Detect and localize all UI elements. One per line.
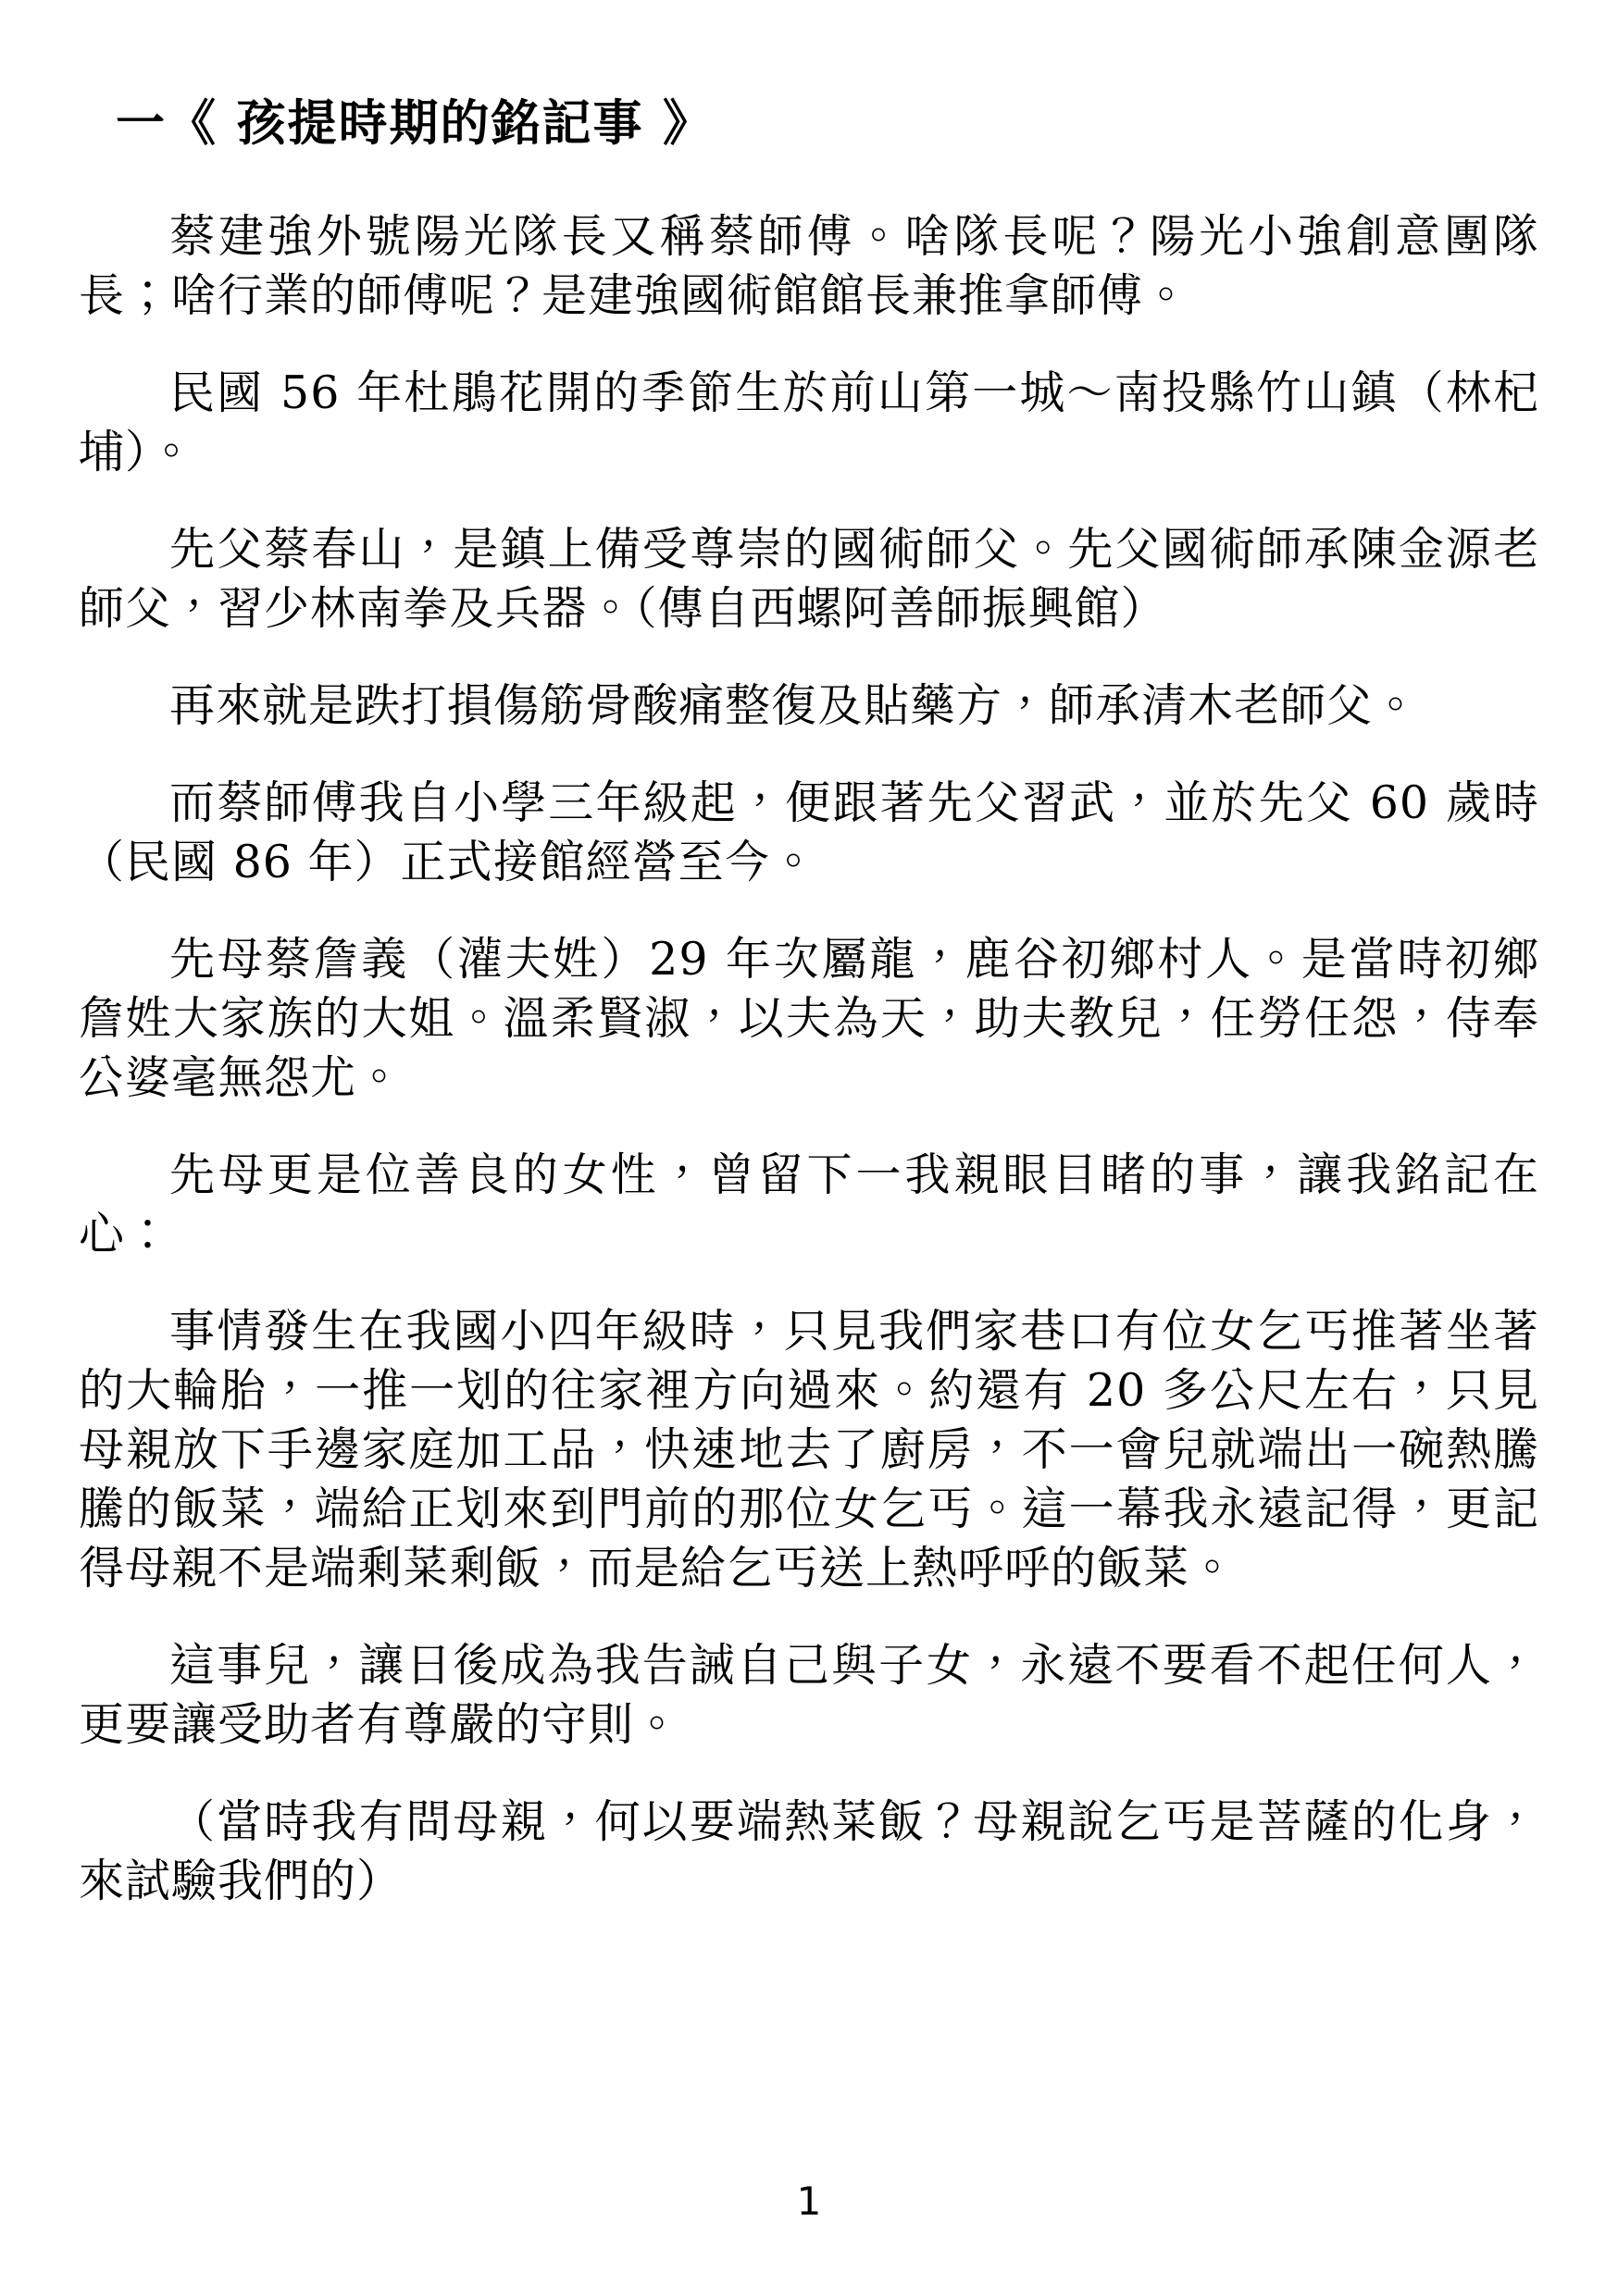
paragraph-father-martial-arts: 先父蔡春山，是鎮上備受尊崇的國術師父。先父國術師承陳金源老師父，習少林南拳及兵器… <box>79 520 1539 639</box>
paragraph-beggar-story: 事情發生在我國小四年級時，只見我們家巷口有位女乞丐推著坐著的大輪胎，一推一划的往… <box>79 1302 1539 1598</box>
paragraph-training-succession: 而蔡師傅我自小學三年級起，便跟著先父習武，並於先父 60 歲時（民國 86 年）… <box>79 774 1539 892</box>
document-page: 一《 孩提時期的銘記事 》 蔡建強外號陽光隊長又稱蔡師傅。啥隊長呢？陽光小強創意… <box>0 0 1618 2296</box>
paragraph-mother-background: 先母蔡詹義（灌夫姓）29 年次屬龍，鹿谷初鄉村人。是當時初鄉詹姓大家族的大姐。溫… <box>79 930 1539 1108</box>
document-title: 一《 孩提時期的銘記事 》 <box>116 93 1539 154</box>
paragraph-life-lesson: 這事兒，讓日後成為我告誡自己與子女，永遠不要看不起任何人，更要讓受助者有尊嚴的守… <box>79 1636 1539 1755</box>
paragraph-birth: 民國 56 年杜鵑花開的季節生於前山第一城～南投縣竹山鎮（林杞埔）。 <box>79 364 1539 482</box>
paragraph-intro-nickname: 蔡建強外號陽光隊長又稱蔡師傅。啥隊長呢？陽光小強創意團隊長；啥行業的師傅呢？是建… <box>79 207 1539 326</box>
paragraph-mother-kindness-intro: 先母更是位善良的女性，曾留下一我親眼目睹的事，讓我銘記在心： <box>79 1146 1539 1264</box>
paragraph-mother-quote: （當時我有問母親，何以要端熱菜飯？母親說乞丐是菩薩的化身，來試驗我們的） <box>79 1793 1539 1911</box>
paragraph-father-medicine: 再來就是跌打損傷筋骨酸痛整復及貼藥方，師承清木老師父。 <box>79 676 1539 736</box>
page-number: 1 <box>0 2178 1618 2224</box>
